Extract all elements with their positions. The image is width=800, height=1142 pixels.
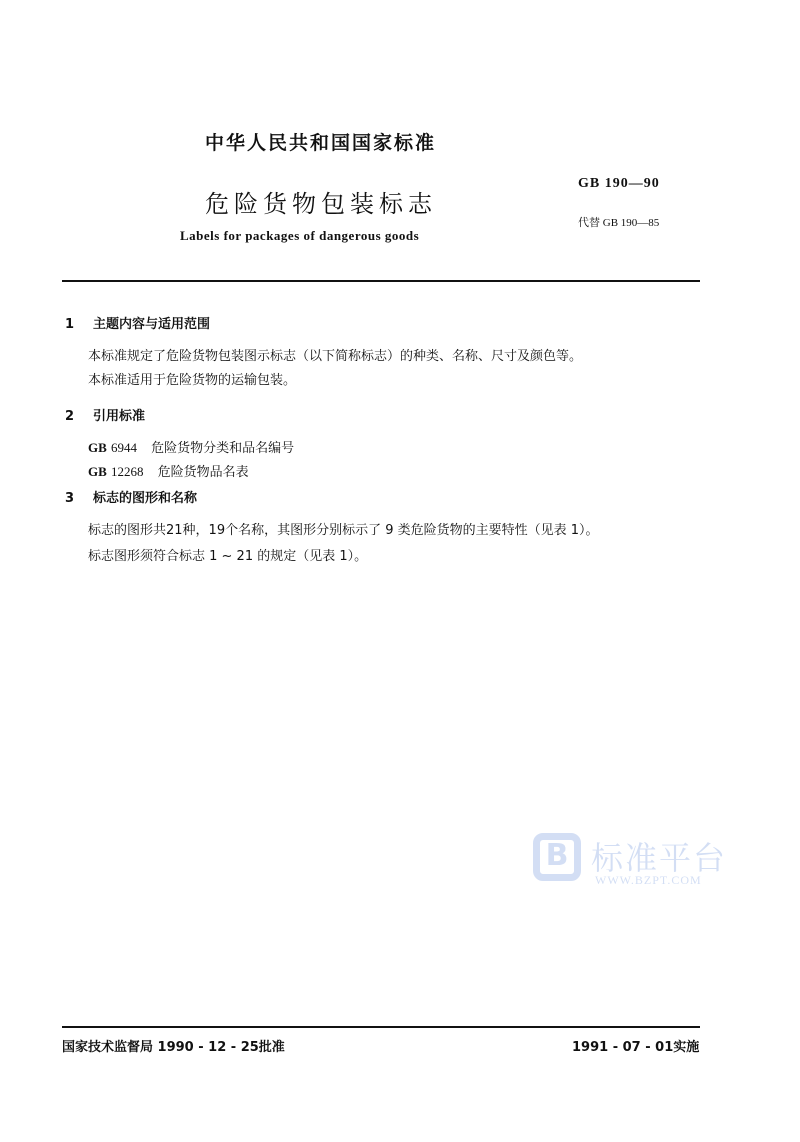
reference-code: GB [88, 440, 107, 455]
section-title: 引用标准 [93, 409, 145, 424]
reference-item: GB 12268 危险货物品名表 [88, 461, 249, 480]
reference-title: 危险货物分类和品名编号 [151, 441, 294, 456]
section-heading-2: 2引用标准 [65, 405, 145, 424]
section-number: 2 [65, 409, 93, 424]
reference-item: GB 6944 危险货物分类和品名编号 [88, 437, 294, 456]
paragraph: 标志图形须符合标志 1 ~ 21 的规定（见表 1）。 [88, 545, 367, 564]
watermark-url: WWW.BZPT.COM [595, 873, 702, 888]
section-title: 主题内容与适用范围 [93, 317, 210, 332]
paragraph: 本标准规定了危险货物包装图示标志（以下简称标志）的种类、名称、尺寸及颜色等。 [88, 345, 582, 364]
section-title: 标志的图形和名称 [93, 491, 197, 506]
paragraph: 本标准适用于危险货物的运输包装。 [88, 369, 296, 388]
footer-divider [62, 1026, 700, 1028]
header-divider [62, 280, 700, 282]
reference-title: 危险货物品名表 [158, 465, 249, 480]
replaces-standard: 代替 GB 190—85 [578, 214, 659, 230]
reference-number: 12268 [111, 464, 144, 479]
effective-date: 1991 - 07 - 01实施 [572, 1036, 699, 1055]
section-heading-1: 1主题内容与适用范围 [65, 313, 210, 332]
paragraph: 标志的图形共21种，19个名称，其图形分别标示了 9 类危险货物的主要特性（见表… [88, 519, 599, 538]
standard-number: GB 190—90 [578, 176, 660, 192]
section-number: 1 [65, 317, 93, 332]
approval-date: 国家技术监督局 1990 - 12 - 25批准 [62, 1036, 285, 1055]
section-heading-3: 3标志的图形和名称 [65, 487, 197, 506]
national-standard-label: 中华人民共和国国家标准 [205, 128, 436, 155]
watermark-logo-icon: B [533, 833, 581, 881]
reference-code: GB [88, 464, 107, 479]
section-number: 3 [65, 491, 93, 506]
reference-number: 6944 [111, 440, 137, 455]
document-title-cn: 危险货物包装标志 [205, 184, 437, 219]
document-title-en: Labels for packages of dangerous goods [180, 228, 419, 244]
